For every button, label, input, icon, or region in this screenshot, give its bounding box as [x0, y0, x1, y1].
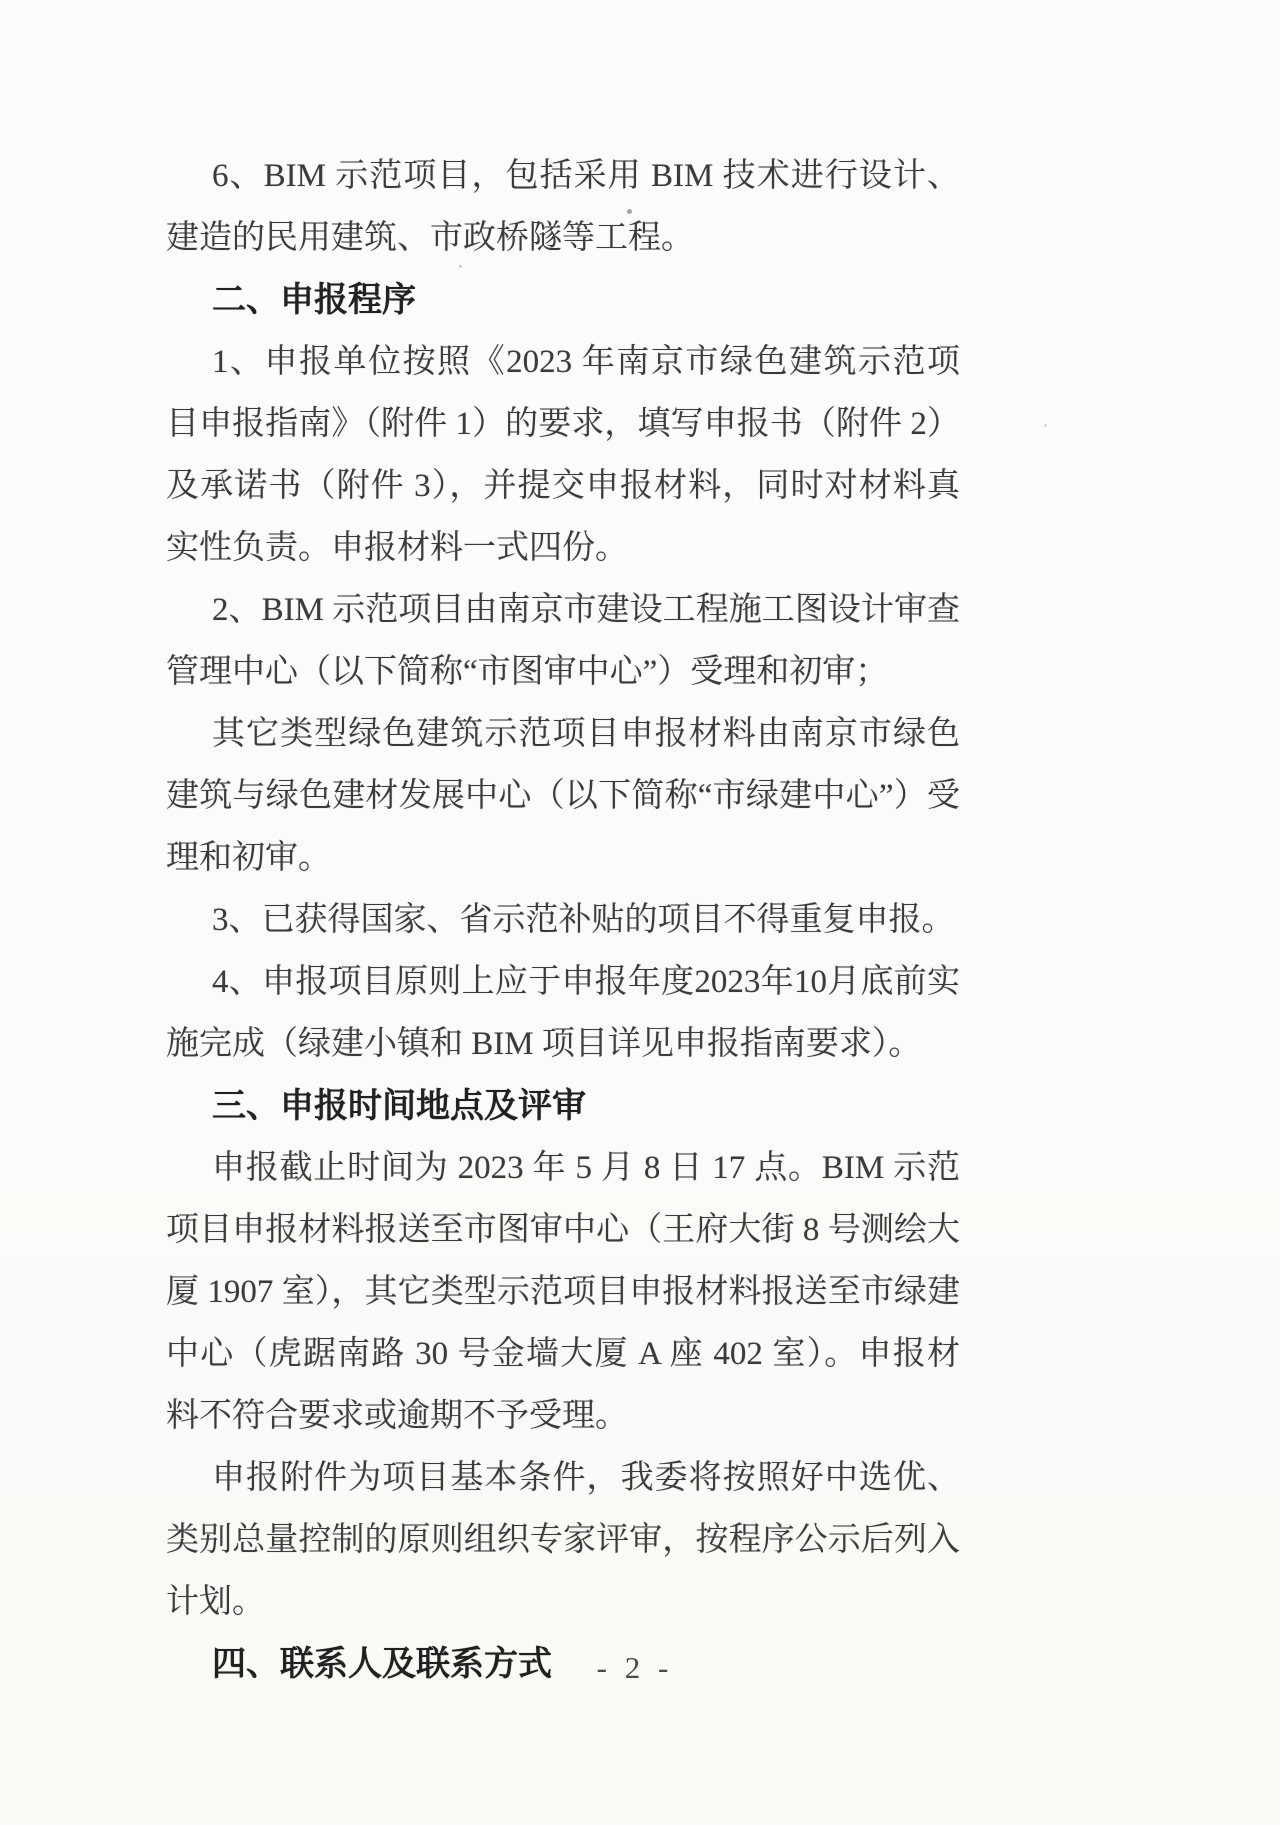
scan-speck: [627, 209, 632, 214]
page-number: - 2 -: [0, 1650, 1270, 1686]
body-paragraph: 其它类型绿色建筑示范项目申报材料由南京市绿色建筑与绿色建材发展中心（以下简称“市…: [166, 703, 960, 889]
body-paragraph: 申报附件为项目基本条件，我委将按照好中选优、类别总量控制的原则组织专家评审，按程…: [166, 1447, 960, 1633]
body-paragraph: 4、申报项目原则上应于申报年度2023年10月底前实施完成（绿建小镇和 BIM …: [166, 951, 960, 1075]
scan-speck: [459, 265, 462, 268]
body-paragraph: 3、已获得国家、省示范补贴的项目不得重复申报。: [166, 889, 960, 951]
document-page: 6、BIM 示范项目，包括采用 BIM 技术进行设计、建造的民用建筑、市政桥隧等…: [0, 0, 1280, 1825]
scan-speck: [1044, 424, 1047, 427]
scan-speck: [371, 547, 375, 551]
body-paragraph: 申报截止时间为 2023 年 5 月 8 日 17 点。BIM 示范项目申报材料…: [166, 1137, 960, 1447]
body-paragraph: 1、申报单位按照《2023 年南京市绿色建筑示范项目申报指南》（附件 1）的要求…: [166, 331, 960, 579]
document-body: 6、BIM 示范项目，包括采用 BIM 技术进行设计、建造的民用建筑、市政桥隧等…: [166, 145, 960, 1695]
body-paragraph: 2、BIM 示范项目由南京市建设工程施工图设计审查管理中心（以下简称“市图审中心…: [166, 579, 960, 703]
section-heading: 三、申报时间地点及评审: [166, 1075, 960, 1137]
section-heading: 二、申报程序: [166, 269, 960, 331]
body-paragraph: 6、BIM 示范项目，包括采用 BIM 技术进行设计、建造的民用建筑、市政桥隧等…: [166, 145, 960, 269]
